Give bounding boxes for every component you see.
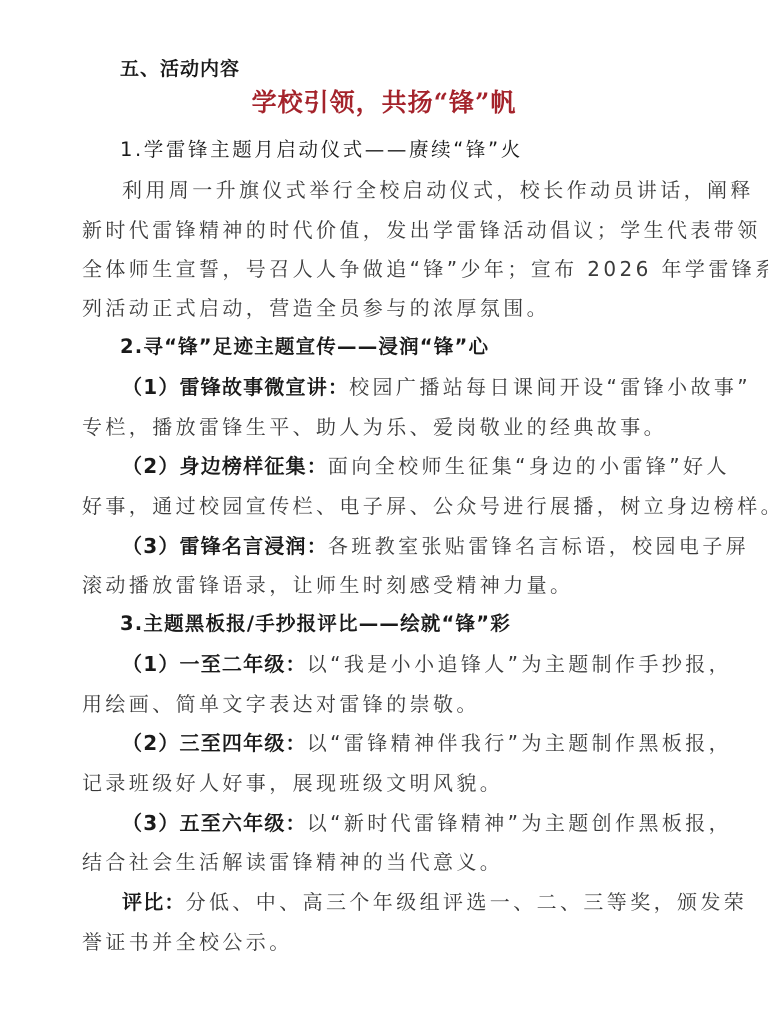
item-text: 面向全校师生征集“身边的小雷锋”好人 (328, 454, 730, 478)
activity-2-item-3-continuation: 滚动播放雷锋语录，让师生时刻感受精神力量。 (82, 573, 573, 597)
item-text: 以“雷锋精神伴我行”为主题制作黑板报， (307, 731, 732, 755)
item-text: 校园广播站每日课间开设“雷锋小故事” (349, 375, 751, 399)
activity-1-paragraph-line: 新时代雷锋精神的时代价值，发出学雷锋活动倡议；学生代表带领 (82, 218, 761, 242)
activity-1-heading: 1.学雷锋主题月启动仪式——赓续“锋”火 (120, 138, 523, 162)
item-text: 以“新时代雷锋精神”为主题创作黑板报， (307, 811, 732, 835)
evaluation-label: 评比： (122, 890, 186, 914)
activity-2-item-1: （1）雷锋故事微宣讲：校园广播站每日课间开设“雷锋小故事” (122, 375, 751, 399)
activity-2-heading: 2.寻“锋”足迹主题宣传——浸润“锋”心 (120, 335, 489, 359)
item-label: （2）身边榜样征集： (122, 454, 328, 478)
activity-1-paragraph-line: 利用周一升旗仪式举行全校启动仪式，校长作动员讲话，阐释 (122, 178, 754, 202)
activity-1-paragraph-line: 列活动正式启动，营造全员参与的浓厚氛围。 (82, 296, 550, 320)
activity-1-paragraph-line: 全体师生宣誓，号召人人争做追“锋”少年；宣布 2026 年学雷锋系 (82, 257, 768, 281)
activity-3-item-3: （3）五至六年级：以“新时代雷锋精神”为主题创作黑板报， (122, 811, 732, 835)
activity-2-item-3: （3）雷锋名言浸润：各班教室张贴雷锋名言标语，校园电子屏 (122, 534, 749, 558)
banner-title: 学校引领，共扬“锋”帆 (0, 91, 768, 115)
activity-2-item-2-continuation: 好事，通过校园宣传栏、电子屏、公众号进行展播，树立身边榜样。 (82, 494, 768, 518)
activity-3-heading: 3.主题黑板报/手抄报评比——绘就“锋”彩 (120, 612, 511, 636)
activity-3-item-1-continuation: 用绘画、简单文字表达对雷锋的崇敬。 (82, 692, 480, 716)
item-label: （1）雷锋故事微宣讲： (122, 375, 349, 399)
item-text: 以“我是小小追锋人”为主题制作手抄报， (307, 652, 732, 676)
section-heading: 五、活动内容 (120, 57, 240, 81)
activity-3-item-1: （1）一至二年级：以“我是小小追锋人”为主题制作手抄报， (122, 652, 732, 676)
activity-3-item-2-continuation: 记录班级好人好事，展现班级文明风貌。 (82, 771, 503, 795)
activity-3-item-3-continuation: 结合社会生活解读雷锋精神的当代意义。 (82, 850, 503, 874)
evaluation-line: 评比：分低、中、高三个年级组评选一、二、三等奖，颁发荣 (122, 890, 747, 914)
item-label: （2）三至四年级： (122, 731, 307, 755)
activity-2-item-2: （2）身边榜样征集：面向全校师生征集“身边的小雷锋”好人 (122, 454, 730, 478)
document-page: 五、活动内容 学校引领，共扬“锋”帆 1.学雷锋主题月启动仪式——赓续“锋”火 … (0, 0, 768, 1024)
evaluation-continuation: 誉证书并全校公示。 (82, 930, 293, 954)
activity-3-item-2: （2）三至四年级：以“雷锋精神伴我行”为主题制作黑板报， (122, 731, 732, 755)
evaluation-text: 分低、中、高三个年级组评选一、二、三等奖，颁发荣 (186, 890, 748, 914)
activity-2-item-1-continuation: 专栏，播放雷锋生平、助人为乐、爱岗敬业的经典故事。 (82, 415, 667, 439)
item-label: （3）雷锋名言浸润： (122, 534, 328, 558)
item-label: （1）一至二年级： (122, 652, 307, 676)
item-label: （3）五至六年级： (122, 811, 307, 835)
item-text: 各班教室张贴雷锋名言标语，校园电子屏 (328, 534, 749, 558)
